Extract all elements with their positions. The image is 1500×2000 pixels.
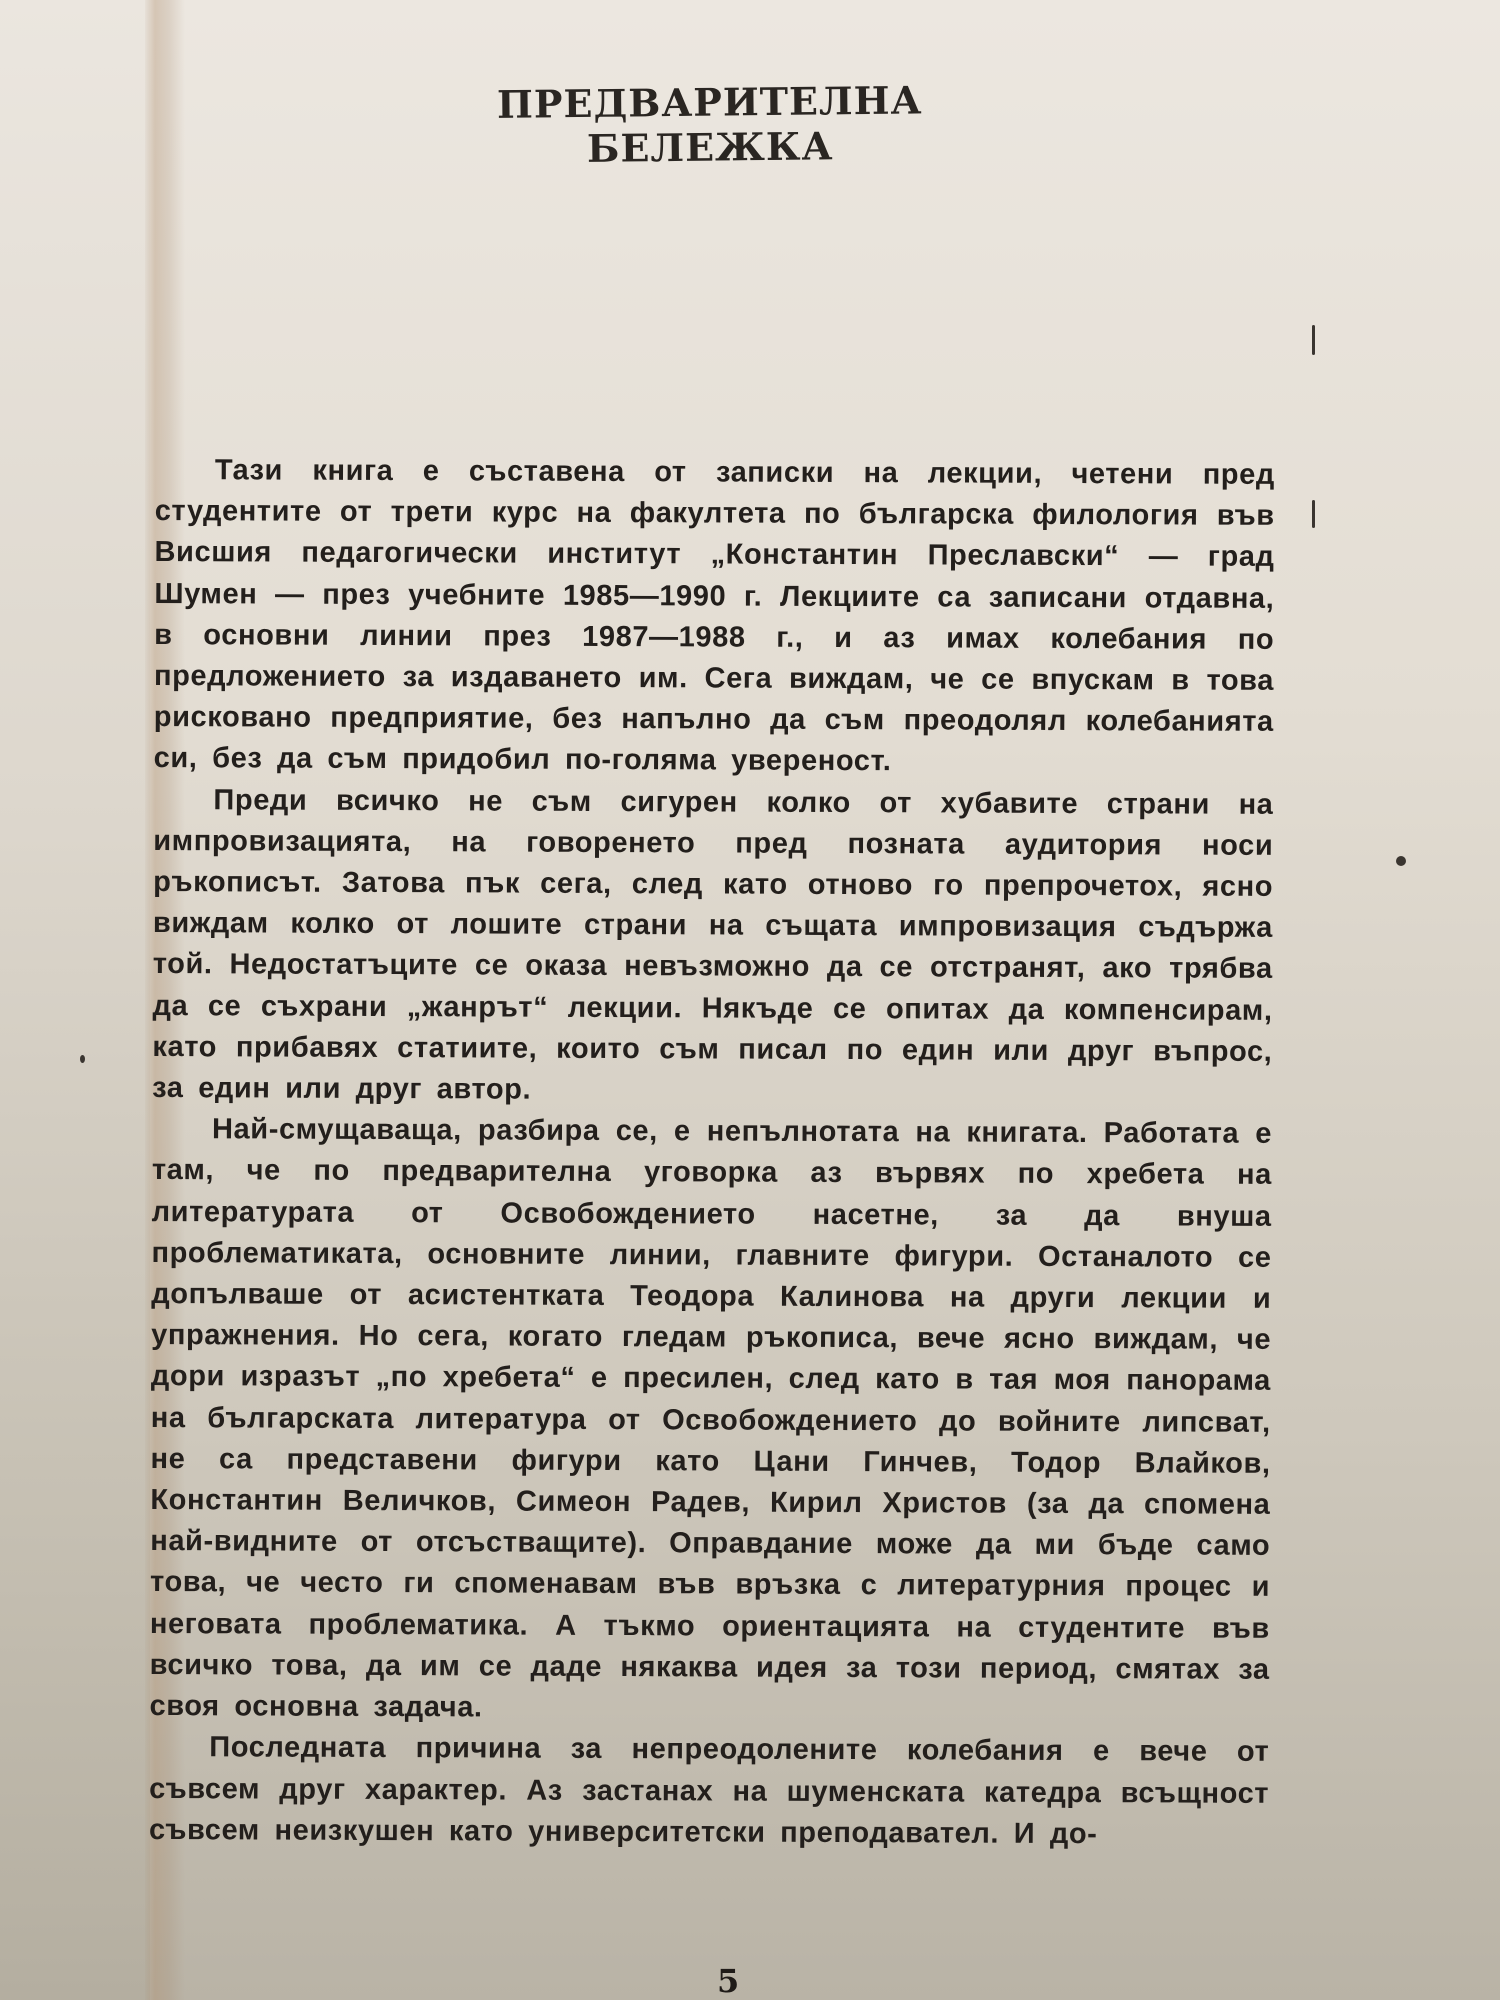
page-title: ПРЕДВАРИТЕЛНА БЕЛЕЖКА (385, 77, 1036, 174)
paragraph-3: Най-смущаваща, разбира се, е непълнотата… (149, 1109, 1272, 1732)
paper-speck (1312, 500, 1315, 528)
paper-speck (80, 1055, 85, 1063)
paper-speck (1312, 325, 1315, 355)
paper-speck (1396, 856, 1406, 866)
facing-page-margin (0, 0, 150, 2000)
body-text: Тази книга е съставена от записки на лек… (149, 450, 1275, 1856)
paragraph-1: Тази книга е съставена от записки на лек… (154, 450, 1275, 785)
paragraph-2: Преди всичко не съм сигурен колко от хуб… (152, 780, 1273, 1115)
paragraph-4: Последната причина за непреодолените кол… (149, 1727, 1270, 1855)
book-page: ПРЕДВАРИТЕЛНА БЕЛЕЖКА Тази книга е съста… (185, 0, 1500, 2000)
page-number: 5 (717, 1962, 739, 2000)
